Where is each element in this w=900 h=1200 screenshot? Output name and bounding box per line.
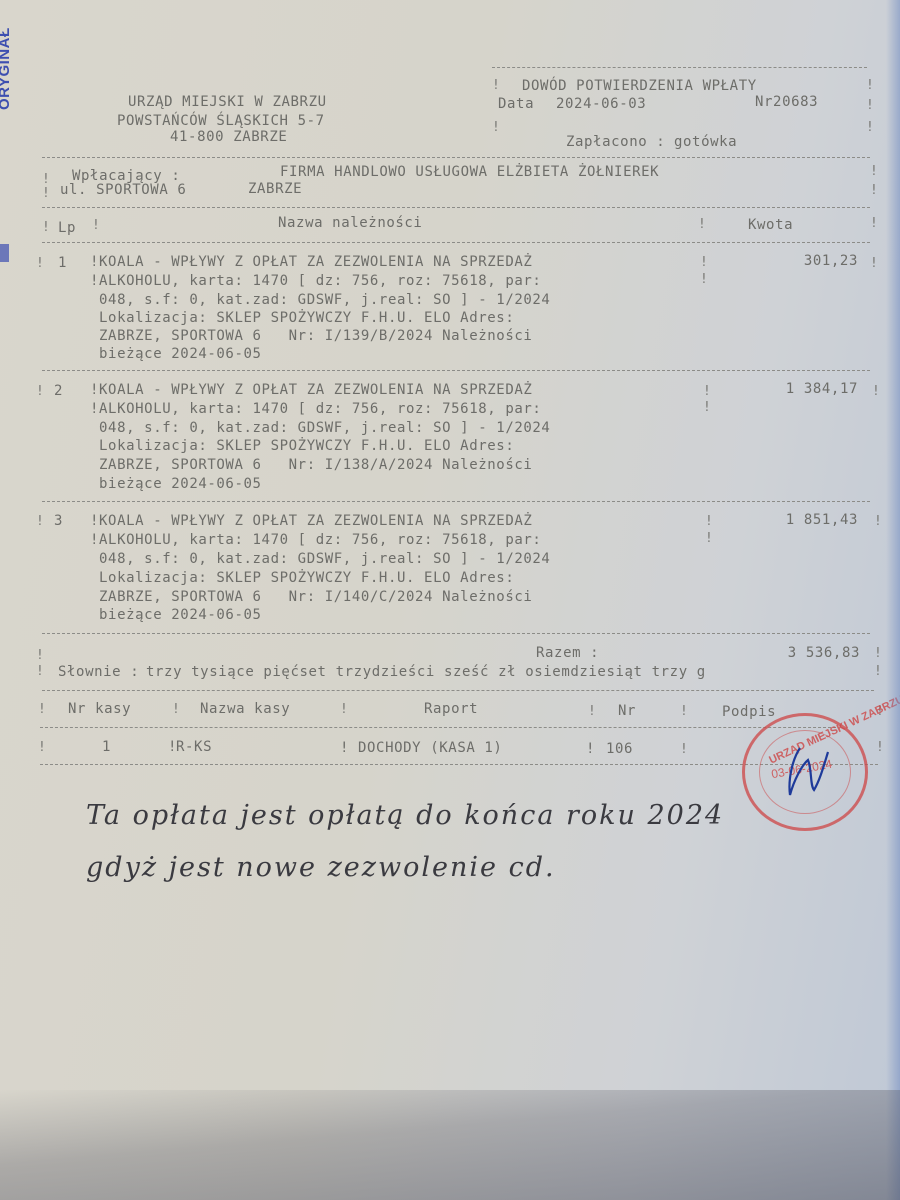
receipt-date: 2024-06-03 [556,96,646,112]
total-label: Razem : [536,645,599,661]
border-bar: ! [172,702,180,717]
border-bar: ! [870,164,878,179]
border-bar: ! [866,120,874,135]
total-value: 3 536,83 [788,645,860,661]
original-label: ORYGINAŁ [0,30,16,110]
border-bar: ! [703,384,711,399]
border-bar: ! [705,531,713,546]
column-header-raport: Raport [424,701,478,717]
border-bar: ! [36,256,44,271]
border-bar: ! [700,255,708,270]
row-line: bieżące 2024-06-05 [90,476,262,492]
report-name: DOCHODY (KASA 1) [358,740,502,756]
row-amount: 301,23 [804,253,858,269]
border-bar: ! [874,664,882,679]
border-bar: ! [42,186,50,201]
divider [42,501,870,502]
border-bar: ! [492,78,500,93]
row-line: ZABRZE, SPORTOWA 6 Nr: I/139/B/2024 Nale… [90,328,532,344]
row-line: !ALKOHOLU, karta: 1470 [ dz: 756, roz: 7… [90,273,541,289]
row-amount: 1 384,17 [786,381,858,397]
column-header-name: Nazwa należności [278,215,422,231]
row-line: !ALKOHOLU, karta: 1470 [ dz: 756, roz: 7… [90,532,541,548]
divider [42,242,870,243]
divider [492,67,867,68]
column-header-nazwa-kasy: Nazwa kasy [200,701,290,717]
border-bar: ! [866,78,874,93]
signature-icon [782,740,832,800]
row-line: 048, s.f: 0, kat.zad: GDSWF, j.real: SO … [90,292,550,308]
row-lp: 1 [58,255,67,271]
row-line: 048, s.f: 0, kat.zad: GDSWF, j.real: SO … [90,551,550,567]
row-line: bieżące 2024-06-05 [90,607,262,623]
row-line: !ALKOHOLU, karta: 1470 [ dz: 756, roz: 7… [90,401,541,417]
border-bar: ! [874,514,882,529]
border-bar: ! [870,183,878,198]
divider [42,157,870,158]
handwritten-note-line2: gdyż jest nowe zezwolenie cd. [86,852,556,883]
row-line: !KOALA - WPŁYWY Z OPŁAT ZA ZEZWOLENIA NA… [90,382,532,398]
border-bar: ! [700,272,708,287]
border-bar: ! [866,98,874,113]
row-line: !KOALA - WPŁYWY Z OPŁAT ZA ZEZWOLENIA NA… [90,513,532,529]
border-bar: ! [703,400,711,415]
divider [42,207,870,208]
border-bar: ! [872,384,880,399]
amount-in-words: trzy tysiące pięćset trzydzieści sześć z… [146,664,706,680]
cash-register-number: 1 [102,739,111,755]
issuer-city: 41-800 ZABRZE [170,129,287,145]
receipt-number: Nr20683 [755,94,818,110]
issuer-street: POWSTAŃCÓW ŚLĄSKICH 5-7 [117,113,325,129]
blue-mark [0,244,9,262]
divider [42,370,870,371]
border-bar: ! [36,648,44,663]
handwritten-note-line1: Ta opłata jest opłatą do końca roku 2024 [86,800,724,831]
border-bar: ! [340,702,348,717]
column-header-nr-kasy: Nr kasy [68,701,131,717]
row-line: bieżące 2024-06-05 [90,346,262,362]
border-bar: ! [870,216,878,231]
receipt-title: DOWÓD POTWIERDZENIA WPŁATY [522,78,757,94]
border-bar: ! [42,172,50,187]
paid-method: gotówka [674,134,737,150]
divider [42,690,874,691]
border-bar: ! [42,220,50,235]
column-header-amount: Kwota [748,217,793,233]
column-header-podpis: Podpis [722,704,776,720]
row-line: Lokalizacja: SKLEP SPOŻYWCZY F.H.U. ELO … [90,438,514,454]
payer-address: ul. SPORTOWA 6 [60,182,186,198]
border-bar: ! [698,217,706,232]
paper-edge [886,0,900,1200]
border-bar: ! [876,740,884,755]
divider [40,727,836,728]
border-bar: ! [492,120,500,135]
receipt-date-label: Data [498,96,534,112]
row-lp: 2 [54,383,63,399]
row-line: ZABRZE, SPORTOWA 6 Nr: I/140/C/2024 Nale… [90,589,532,605]
border-bar: ! [870,256,878,271]
row-line: Lokalizacja: SKLEP SPOŻYWCZY F.H.U. ELO … [90,570,514,586]
border-bar: ! [705,514,713,529]
payer-city: ZABRZE [248,181,302,197]
payer-name: FIRMA HANDLOWO USŁUGOWA ELŻBIETA ŻOŁNIER… [280,164,659,180]
cash-register-name: R-KS [176,739,212,755]
border-bar: ! [874,646,882,661]
border-bar: ! [680,742,688,757]
issuer-name: URZĄD MIEJSKI W ZABRZU [128,94,327,110]
raport-bar: ! [340,740,349,756]
row-line: !KOALA - WPŁYWY Z OPŁAT ZA ZEZWOLENIA NA… [90,254,532,270]
divider [42,633,870,634]
border-bar: ! [36,664,44,679]
row-line: Lokalizacja: SKLEP SPOŻYWCZY F.H.U. ELO … [90,310,514,326]
shadow-area [0,1090,900,1200]
border-bar: ! [36,514,44,529]
report-number: 106 [606,741,633,757]
border-bar: ! [92,218,100,233]
row-line: ZABRZE, SPORTOWA 6 Nr: I/138/A/2024 Nale… [90,457,532,473]
amount-in-words-label: Słownie : [58,664,139,680]
column-header-nr: Nr [618,703,636,719]
border-bar: ! [38,740,46,755]
row-amount: 1 851,43 [786,512,858,528]
border-bar: ! [36,384,44,399]
column-header-lp: Lp [58,220,76,236]
row-line: 048, s.f: 0, kat.zad: GDSWF, j.real: SO … [90,420,550,436]
row-lp: 3 [54,513,63,529]
border-bar: ! [38,702,46,717]
border-bar: ! [680,704,688,719]
paid-label: Zapłacono : [566,134,665,150]
nr-bar: ! [586,741,595,757]
border-bar: ! [588,704,596,719]
